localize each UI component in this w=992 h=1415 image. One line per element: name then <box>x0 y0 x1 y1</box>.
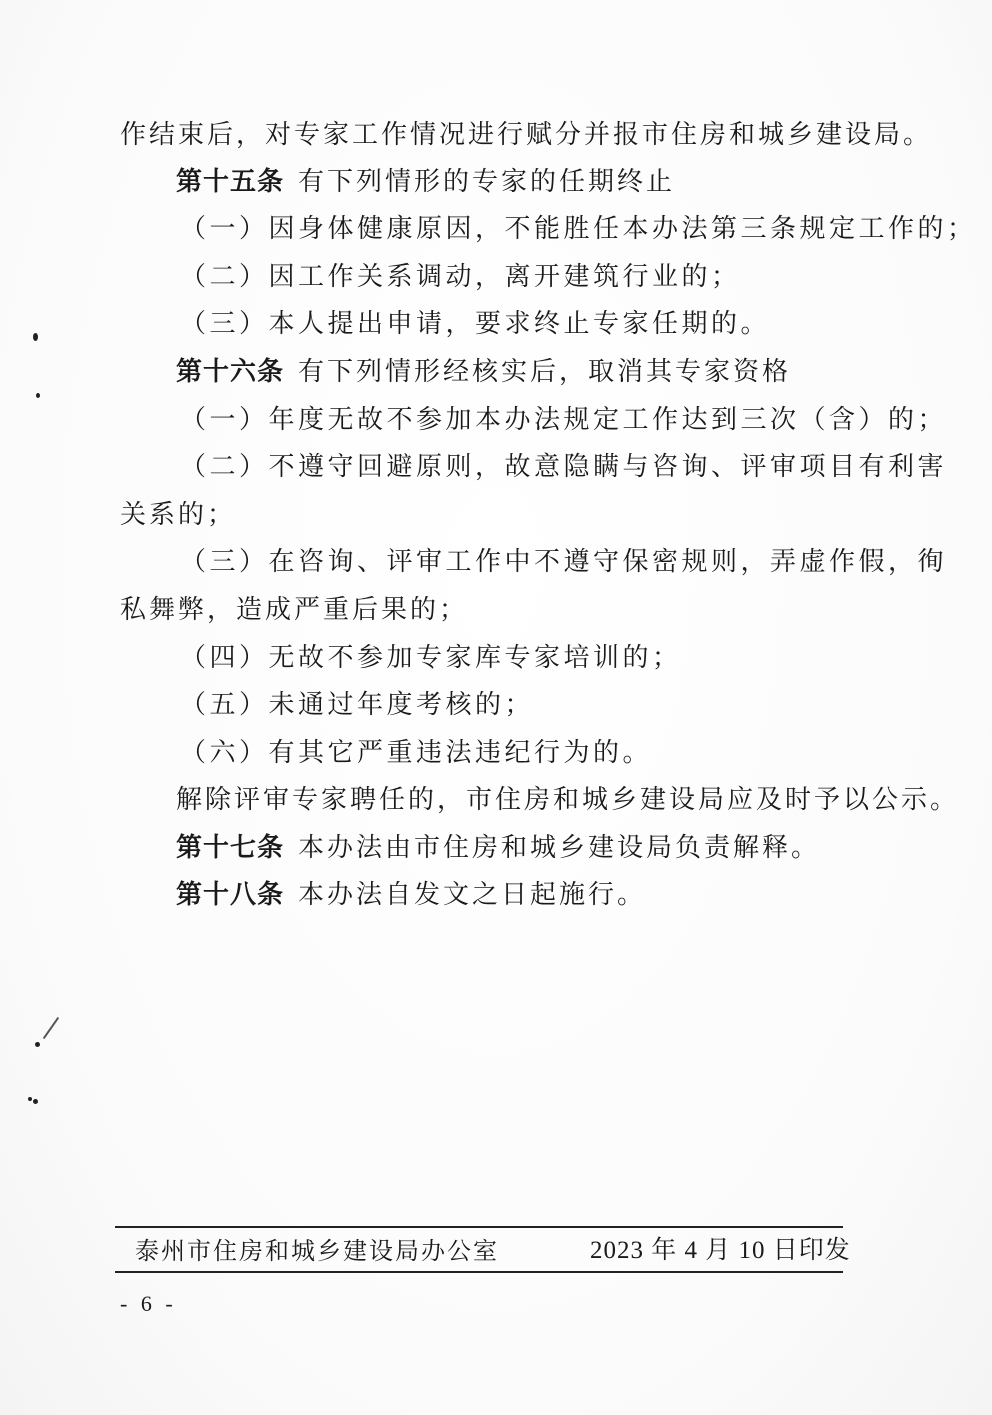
footer-issuer: 泰州市住房和城乡建设局办公室 <box>135 1236 499 1266</box>
article-label: 第十八条 <box>176 880 284 910</box>
scan-mark <box>33 1099 38 1104</box>
scan-mark <box>28 1097 32 1101</box>
page-number: - 6 - <box>120 1290 177 1318</box>
continuation-line: 关系的； <box>120 498 880 532</box>
article-text: 有下列情形经核实后，取消其专家资格 <box>298 357 791 387</box>
article-label: 第十六条 <box>176 357 284 387</box>
list-item: （三）本人提出申请，要求终止专家任期的。 <box>180 307 940 341</box>
continuation-line: 作结束后，对专家工作情况进行赋分并报市住房和城乡建设局。 <box>120 118 880 152</box>
scan-mark <box>36 393 40 398</box>
scan-mark <box>33 333 38 341</box>
scan-mark <box>35 1042 40 1047</box>
article-18: 第十八条本办法自发文之日起施行。 <box>176 878 936 912</box>
footer-top-rule <box>115 1226 843 1228</box>
footer-bottom-rule <box>115 1271 843 1273</box>
article-label: 第十五条 <box>176 167 284 197</box>
article-label: 第十七条 <box>176 833 284 863</box>
continuation-line: 私舞弊，造成严重后果的； <box>120 593 880 627</box>
footer-issue-date: 2023 年 4 月 10 日印发 <box>590 1236 851 1266</box>
article-15: 第十五条有下列情形的专家的任期终止 <box>176 165 936 199</box>
scan-mark <box>43 1017 60 1039</box>
document-page: 作结束后，对专家工作情况进行赋分并报市住房和城乡建设局。 第十五条有下列情形的专… <box>0 0 992 1415</box>
list-item: （一）年度无故不参加本办法规定工作达到三次（含）的； <box>180 403 940 437</box>
list-item: （二）因工作关系调动，离开建筑行业的； <box>180 260 940 294</box>
list-item: （四）无故不参加专家库专家培训的； <box>180 641 940 675</box>
list-item: （六）有其它严重违法违纪行为的。 <box>180 736 940 770</box>
list-item: （三）在咨询、评审工作中不遵守保密规则，弄虚作假，徇 <box>180 545 940 579</box>
article-16: 第十六条有下列情形经核实后，取消其专家资格 <box>176 355 936 389</box>
list-item: （五）未通过年度考核的； <box>180 688 940 722</box>
article-text: 有下列情形的专家的任期终止 <box>298 167 675 197</box>
paragraph: 解除评审专家聘任的，市住房和城乡建设局应及时予以公示。 <box>176 783 936 817</box>
article-text: 本办法自发文之日起施行。 <box>298 880 646 910</box>
article-17: 第十七条本办法由市住房和城乡建设局负责解释。 <box>176 831 936 865</box>
article-text: 本办法由市住房和城乡建设局负责解释。 <box>298 833 820 863</box>
list-item: （二）不遵守回避原则，故意隐瞒与咨询、评审项目有利害 <box>180 450 940 484</box>
list-item: （一）因身体健康原因，不能胜任本办法第三条规定工作的； <box>180 212 940 246</box>
